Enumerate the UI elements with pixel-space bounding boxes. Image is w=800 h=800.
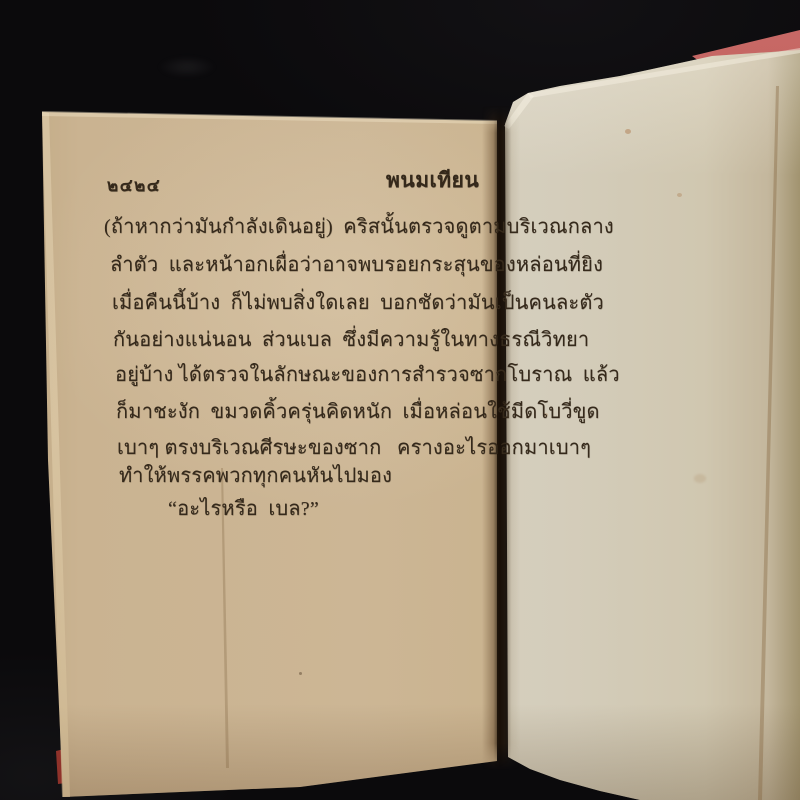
paper-stain	[625, 129, 631, 134]
body-text-line: อยู่บ้าง ได้ตรวจในลักษณะของการสำรวจซากโบ…	[115, 361, 620, 389]
paper-stain	[299, 672, 302, 675]
body-text-line: เมื่อคืนนี้บ้าง ก็ไม่พบสิ่งใดเลย บอกชัดว…	[112, 289, 604, 317]
body-text-line: ก็มาชะงัก ขมวดคิ้วครุ่นคิดหนัก เมื่อหล่อ…	[116, 398, 600, 426]
body-text-line: “อะไรหรือ เบล?”	[168, 495, 319, 523]
paper-stain	[694, 474, 706, 483]
body-text-line: ลำตัว และหน้าอกเผื่อว่าอาจพบรอยกระสุนของ…	[110, 251, 603, 279]
body-text-line: กันอย่างแน่นอน ส่วนเบล ซึ่งมีความรู้ในทา…	[113, 326, 589, 354]
open-book-photo: ๒๔๒๔ พนมเทียน (ถ้าหากว่ามันกำลังเดินอยู่…	[0, 0, 800, 800]
running-header-author: พนมเทียน	[386, 166, 479, 194]
background-smudge	[148, 52, 226, 82]
page-number: ๒๔๒๔	[107, 172, 161, 200]
body-text-line: (ถ้าหากว่ามันกำลังเดินอยู่) คริสนั้นตรวจ…	[104, 213, 614, 241]
body-text-line: ทำให้พรรคพวกทุกคนหันไปมอง	[119, 462, 392, 490]
paper-stain	[677, 193, 682, 197]
body-text-line: เบาๆ ตรงบริเวณศีรษะของซาก ครางอะไรออกมาเ…	[117, 434, 591, 462]
